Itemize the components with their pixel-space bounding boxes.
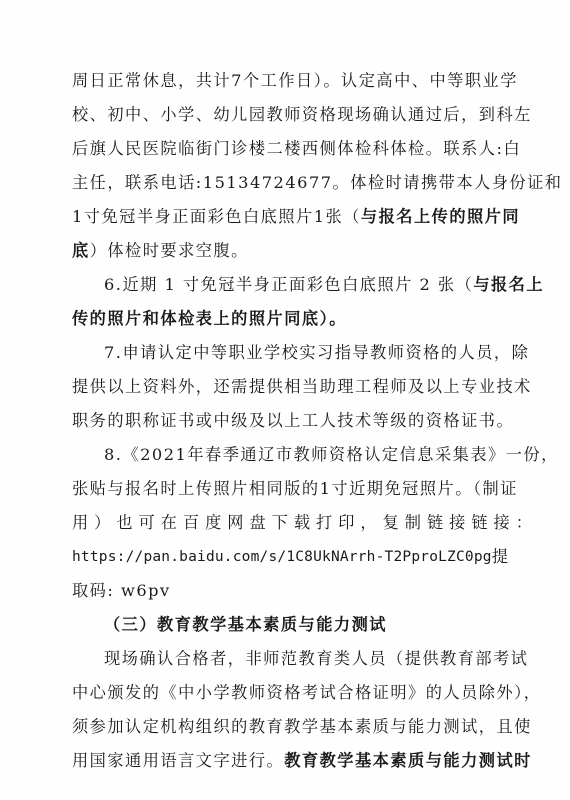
bold-text-segment: 教育教学基本素质与能力测试时 [284, 751, 532, 770]
text-line: 用国家通用语言文字进行。教育教学基本素质与能力测试时 [72, 749, 486, 773]
text-line: 用）也可在百度网盘下载打印，复制链接链接： [72, 511, 486, 535]
section-heading: （三）教育教学基本素质与能力测试 [104, 613, 518, 637]
document-page: 周日正常休息，共计7个工作日）。认定高中、中等职业学 校、初中、小学、幼儿园教师… [0, 0, 570, 800]
text-line: 校、初中、小学、幼儿园教师资格现场确认通过后，到科左 [72, 103, 486, 127]
text-line: 8.《2021年春季通辽市教师资格认定信息采集表》一份， [104, 443, 486, 467]
text-line: 周日正常休息，共计7个工作日）。认定高中、中等职业学 [72, 69, 486, 93]
text-line: 1寸免冠半身正面彩色白底照片1张（与报名上传的照片同 [72, 205, 486, 229]
text-line: 后旗人民医院临街门诊楼二楼西侧体检科体检。联系人:白 [72, 137, 486, 161]
bold-text-segment: 与报名上 [473, 275, 544, 294]
bold-text-segment: 与报名上传的照片同 [361, 207, 520, 226]
text-line: 取码: w6pv [72, 579, 486, 603]
text-segment: 1寸免冠半身正面彩色白底照片1张（ [72, 207, 361, 226]
text-segment: 6.近期 1 寸免冠半身正面彩色白底照片 2 张（ [104, 275, 473, 294]
text-line: 7.申请认定中等职业学校实习指导教师资格的人员，除 [104, 341, 486, 365]
text-line: 6.近期 1 寸免冠半身正面彩色白底照片 2 张（与报名上 [104, 273, 486, 297]
text-segment: 提 [492, 545, 510, 569]
text-line: https://pan.baidu.com/s/1C8UkNArrh-T2Ppr… [72, 545, 486, 569]
text-line: 主任，联系电话:15134724677。体检时请携带本人身份证和 [72, 171, 486, 195]
text-line: 底）体检时要求空腹。 [72, 239, 486, 263]
text-segment: ）体检时要求空腹。 [90, 241, 249, 260]
text-line: 提供以上资料外，还需提供相当助理工程师及以上专业技术 [72, 375, 486, 399]
text-line: 中心颁发的《中小学教师资格考试合格证明》的人员除外）， [72, 681, 486, 705]
text-line: 现场确认合格者，非师范教育类人员（提供教育部考试 [104, 647, 486, 671]
text-line: 传的照片和体检表上的照片同底）。 [72, 307, 486, 331]
text-line: 职务的职称证书或中级及以上工人技术等级的资格证书。 [72, 409, 486, 433]
text-line: 张贴与报名时上传照片相同版的1寸近期免冠照片。（制证 [72, 477, 486, 501]
download-link[interactable]: https://pan.baidu.com/s/1C8UkNArrh-T2Ppr… [72, 545, 492, 569]
text-line: 须参加认定机构组织的教育教学基本素质与能力测试，且使 [72, 715, 486, 739]
bold-text-segment: 底 [72, 241, 90, 260]
text-segment: 用国家通用语言文字进行。 [72, 751, 284, 770]
